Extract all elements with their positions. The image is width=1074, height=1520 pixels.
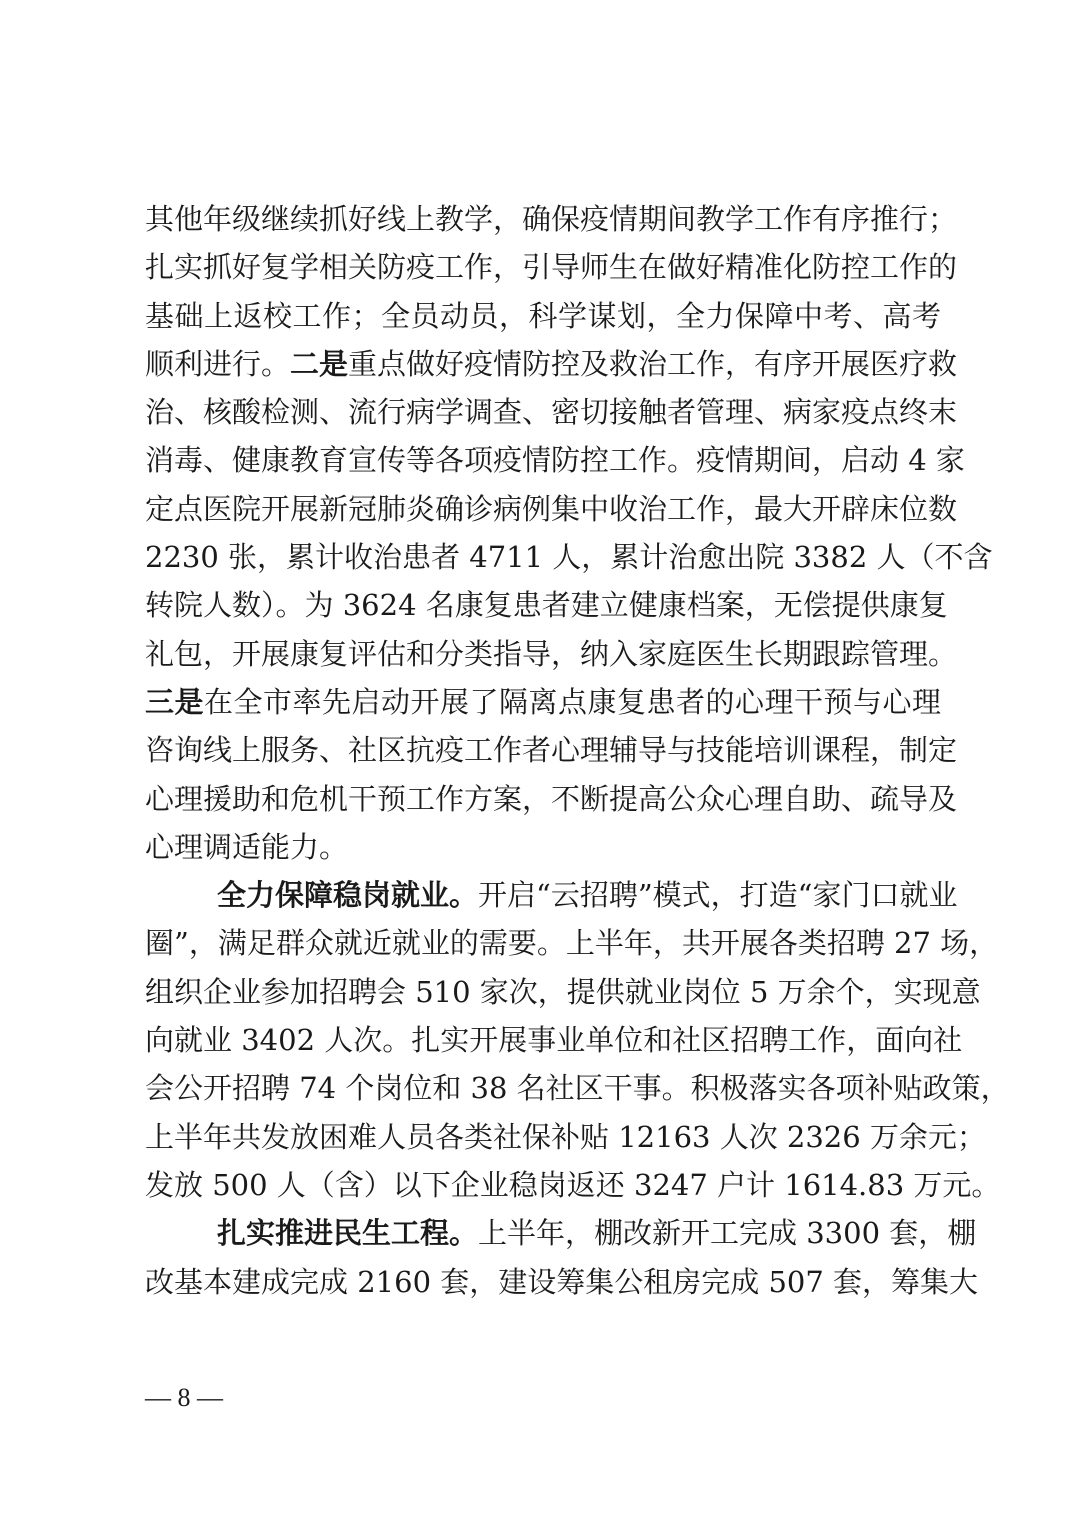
text-line: 上半年共发放困难人员各类社保补贴 12163 人次 2326 万余元； — [145, 1113, 941, 1161]
text-line: 心理调适能力。 — [145, 823, 941, 871]
text-line: 2230 张，累计收治患者 4711 人，累计治愈出院 3382 人（不含 — [145, 533, 941, 581]
body-text-segment: 上半年，棚改新开工完成 3300 套，棚 — [478, 1216, 976, 1250]
body-text-segment: 定点医院开展新冠肺炎确诊病例集中收治工作，最大开辟床位数 — [145, 492, 957, 526]
body-text-segment: 向就业 3402 人次。扎实开展事业单位和社区招聘工作，面向社 — [145, 1023, 962, 1057]
text-line: 基础上返校工作；全员动员，科学谋划，全力保障中考、高考 — [145, 292, 941, 340]
text-line: 发放 500 人（含）以下企业稳岗返还 3247 户计 1614.83 万元。 — [145, 1161, 941, 1209]
body-text-segment: 心理援助和危机干预工作方案，不断提高公众心理自助、疏导及 — [145, 782, 957, 816]
text-line: 向就业 3402 人次。扎实开展事业单位和社区招聘工作，面向社 — [145, 1016, 941, 1064]
body-text-segment: 咨询线上服务、社区抗疫工作者心理辅导与技能培训课程，制定 — [145, 733, 957, 767]
body-text-segment: 圈”，满足群众就近就业的需要。上半年，共开展各类招聘 27 场， — [145, 926, 998, 960]
bold-heading-text: 三是 — [145, 685, 204, 719]
text-line: 三是在全市率先启动开展了隔离点康复患者的心理干预与心理 — [145, 678, 941, 726]
body-text-segment: 其他年级继续抓好线上教学，确保疫情期间教学工作有序推行； — [145, 202, 957, 236]
body-text-segment: 2230 张，累计收治患者 4711 人，累计治愈出院 3382 人（不含 — [145, 540, 993, 574]
body-text-segment: 顺利进行。 — [145, 347, 290, 381]
text-line: 定点医院开展新冠肺炎确诊病例集中收治工作，最大开辟床位数 — [145, 485, 941, 533]
text-line: 改基本建成完成 2160 套，建设筹集公租房完成 507 套，筹集大 — [145, 1258, 941, 1306]
body-text-segment: 礼包，开展康复评估和分类指导，纳入家庭医生长期跟踪管理。 — [145, 637, 957, 671]
text-line: 心理援助和危机干预工作方案，不断提高公众心理自助、疏导及 — [145, 775, 941, 823]
text-line: 其他年级继续抓好线上教学，确保疫情期间教学工作有序推行； — [145, 195, 941, 243]
paragraph-first-line: 全力保障稳岗就业。开启“云招聘”模式，打造“家门口就业 — [145, 871, 941, 919]
text-line: 转院人数）。为 3624 名康复患者建立健康档案，无偿提供康复 — [145, 581, 941, 629]
text-line: 扎实抓好复学相关防疫工作，引导师生在做好精准化防控工作的 — [145, 243, 941, 291]
body-text-segment: 上半年共发放困难人员各类社保补贴 12163 人次 2326 万余元； — [145, 1120, 986, 1154]
page-number: — 8 — — [145, 1378, 223, 1418]
body-text-segment: 会公开招聘 74 个岗位和 38 名社区干事。积极落实各项补贴政策， — [145, 1071, 1010, 1105]
text-line: 会公开招聘 74 个岗位和 38 名社区干事。积极落实各项补贴政策， — [145, 1064, 941, 1112]
body-text-segment: 心理调适能力。 — [145, 830, 348, 864]
body-text-segment: 在全市率先启动开展了隔离点康复患者的心理干预与心理 — [204, 685, 941, 719]
body-text-segment: 开启“云招聘”模式，打造“家门口就业 — [478, 878, 957, 912]
body-text-segment: 消毒、健康教育宣传等各项疫情防控工作。疫情期间，启动 4 家 — [145, 443, 965, 477]
body-text-segment: 治、核酸检测、流行病学调查、密切接触者管理、病家疫点终末 — [145, 395, 957, 429]
document-page: 其他年级继续抓好线上教学，确保疫情期间教学工作有序推行；扎实抓好复学相关防疫工作… — [0, 0, 1074, 1520]
body-text-segment: 重点做好疫情防控及救治工作，有序开展医疗救 — [348, 347, 957, 381]
body-text-segment: 发放 500 人（含）以下企业稳岗返还 3247 户计 1614.83 万元。 — [145, 1168, 1000, 1202]
paragraph-first-line: 扎实推进民生工程。上半年，棚改新开工完成 3300 套，棚 — [145, 1209, 941, 1257]
body-text-segment: 组织企业参加招聘会 510 家次，提供就业岗位 5 万余个，实现意 — [145, 975, 981, 1009]
bold-heading-text: 扎实推进民生工程。 — [217, 1216, 478, 1250]
text-line: 礼包，开展康复评估和分类指导，纳入家庭医生长期跟踪管理。 — [145, 630, 941, 678]
text-line: 咨询线上服务、社区抗疫工作者心理辅导与技能培训课程，制定 — [145, 726, 941, 774]
body-text-segment: 基础上返校工作；全员动员，科学谋划，全力保障中考、高考 — [145, 299, 941, 333]
text-line: 圈”，满足群众就近就业的需要。上半年，共开展各类招聘 27 场， — [145, 919, 941, 967]
bold-heading-text: 全力保障稳岗就业。 — [217, 878, 478, 912]
text-line: 治、核酸检测、流行病学调查、密切接触者管理、病家疫点终末 — [145, 388, 941, 436]
document-body: 其他年级继续抓好线上教学，确保疫情期间教学工作有序推行；扎实抓好复学相关防疫工作… — [145, 195, 941, 1306]
text-line: 消毒、健康教育宣传等各项疫情防控工作。疫情期间，启动 4 家 — [145, 436, 941, 484]
bold-heading-text: 二是 — [290, 347, 348, 381]
text-line: 组织企业参加招聘会 510 家次，提供就业岗位 5 万余个，实现意 — [145, 968, 941, 1016]
body-text-segment: 转院人数）。为 3624 名康复患者建立健康档案，无偿提供康复 — [145, 588, 948, 622]
body-text-segment: 扎实抓好复学相关防疫工作，引导师生在做好精准化防控工作的 — [145, 250, 957, 284]
text-line: 顺利进行。二是重点做好疫情防控及救治工作，有序开展医疗救 — [145, 340, 941, 388]
body-text-segment: 改基本建成完成 2160 套，建设筹集公租房完成 507 套，筹集大 — [145, 1265, 978, 1299]
